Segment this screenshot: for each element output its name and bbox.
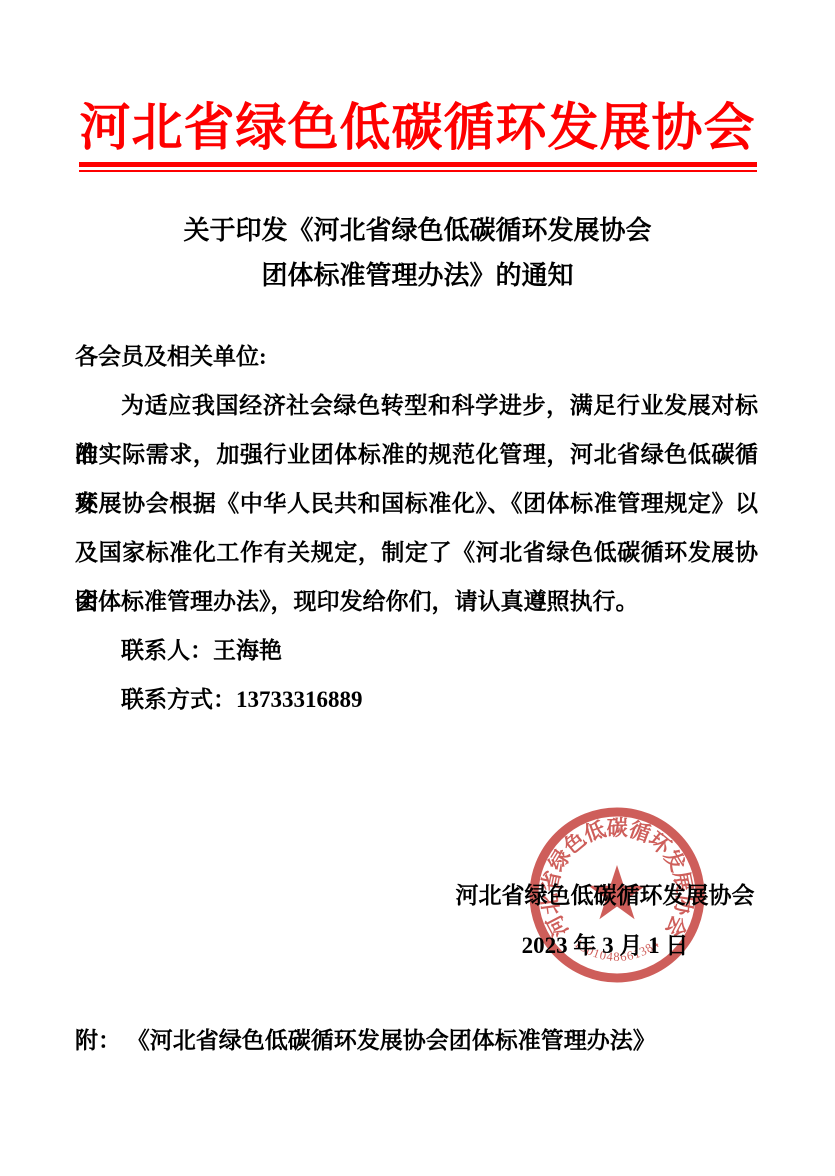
notice-subject: 关于印发《河北省绿色低碳循环发展协会 团体标准管理办法》的通知 [0, 208, 835, 298]
salutation: 各会员及相关单位: [75, 332, 758, 381]
notice-body: 各会员及相关单位: 为适应我国经济社会绿色转型和科学进步，满足行业发展对标准 的… [75, 332, 758, 724]
attachment-line: 附： 《河北省绿色低碳循环发展协会团体标准管理办法》 [75, 1029, 656, 1052]
contact-method: 联系方式：13733316889 [75, 675, 758, 724]
letterhead-rule-thick [79, 162, 757, 167]
body-line: 及国家标准化工作有关规定，制定了《河北省绿色低碳循环发展协会 [75, 528, 758, 577]
signature-date: 2023 年 3 月 1 日 [420, 934, 790, 957]
body-line: 发展协会根据《中华人民共和国标准化》、《团体标准管理规定》以 [75, 479, 758, 528]
letterhead-org-name: 河北省绿色低碳循环发展协会 [0, 100, 835, 158]
body-line: 的实际需求，加强行业团体标准的规范化管理，河北省绿色低碳循环 [75, 430, 758, 479]
body-line: 为适应我国经济社会绿色转型和科学进步，满足行业发展对标准 [75, 381, 758, 430]
body-line: 团体标准管理办法》，现印发给你们，请认真遵照执行。 [75, 577, 758, 626]
notice-subject-line-1: 关于印发《河北省绿色低碳循环发展协会 [0, 208, 835, 253]
contact-person: 联系人：王海艳 [75, 626, 758, 675]
notice-subject-line-2: 团体标准管理办法》的通知 [0, 253, 835, 298]
signature-org-name: 河北省绿色低碳循环发展协会 [420, 884, 790, 907]
document-page: 河北省绿色低碳循环发展协会 关于印发《河北省绿色低碳循环发展协会 团体标准管理办… [0, 0, 835, 1176]
letterhead-rule-thin [79, 170, 757, 172]
signature-block: 河北省绿色低碳循环发展协会 2023 年 3 月 1 日 [420, 884, 790, 957]
